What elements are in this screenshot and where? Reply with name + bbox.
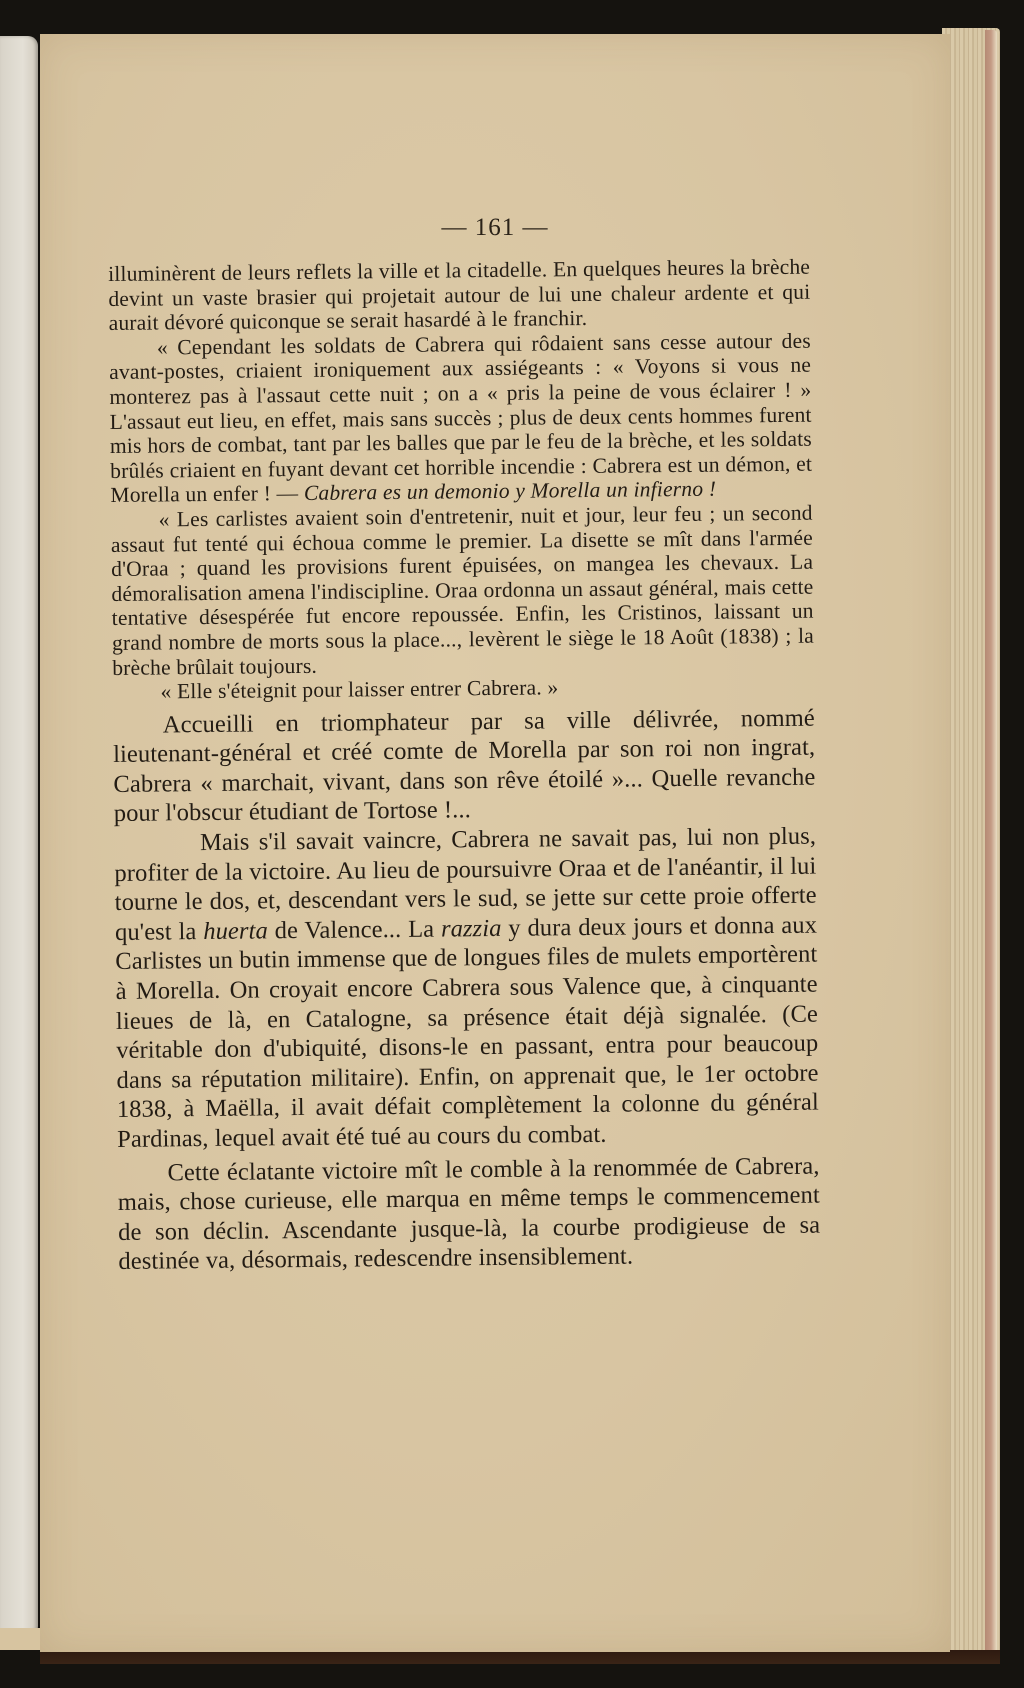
- paragraph-quote-2: « Cependant les soldats de Cabrera qui r…: [109, 328, 813, 507]
- italic-phrase: Cabrera es un demonio y Morella un infie…: [304, 477, 717, 505]
- italic-phrase: huerta: [203, 917, 268, 945]
- page-number: — 161 —: [40, 214, 950, 242]
- italic-phrase: razzia: [441, 915, 502, 943]
- text-run: y dura deux jours et donna aux Carlistes…: [115, 911, 819, 1152]
- text-run: « Elle s'éteignit pour laisser entrer Ca…: [160, 675, 558, 703]
- text-block: illuminèrent de leurs reflets la ville e…: [108, 255, 821, 1277]
- paragraph-body-1: Accueilli en triomphateur par sa ville d…: [113, 703, 816, 829]
- text-run: de Valence... La: [268, 915, 441, 944]
- book-page: — 161 — illuminèrent de leurs reflets la…: [40, 34, 950, 1652]
- text-run: « Les carlistes avaient soin d'entreteni…: [111, 501, 814, 680]
- paragraph-body-2: Mais s'il savait vaincre, Cabrera ne sav…: [114, 822, 819, 1155]
- paragraph-quote-3: « Les carlistes avaient soin d'entreteni…: [111, 501, 815, 680]
- paragraph-quote-1: illuminèrent de leurs reflets la ville e…: [108, 255, 811, 336]
- page-bottom-shadow: [40, 1650, 1000, 1664]
- left-page-bottom: [0, 1628, 40, 1650]
- left-page-edge: [0, 36, 38, 1636]
- text-run: Accueilli en triomphateur par sa ville d…: [113, 704, 816, 827]
- paragraph-body-3: Cette éclatante victoire mît le comble à…: [117, 1151, 820, 1277]
- text-run: Cette éclatante victoire mît le comble à…: [118, 1152, 821, 1275]
- page-fore-edge: [985, 30, 997, 1660]
- scanned-book-scene: — 161 — illuminèrent de leurs reflets la…: [0, 0, 1024, 1688]
- text-run: illuminèrent de leurs reflets la ville e…: [108, 255, 810, 336]
